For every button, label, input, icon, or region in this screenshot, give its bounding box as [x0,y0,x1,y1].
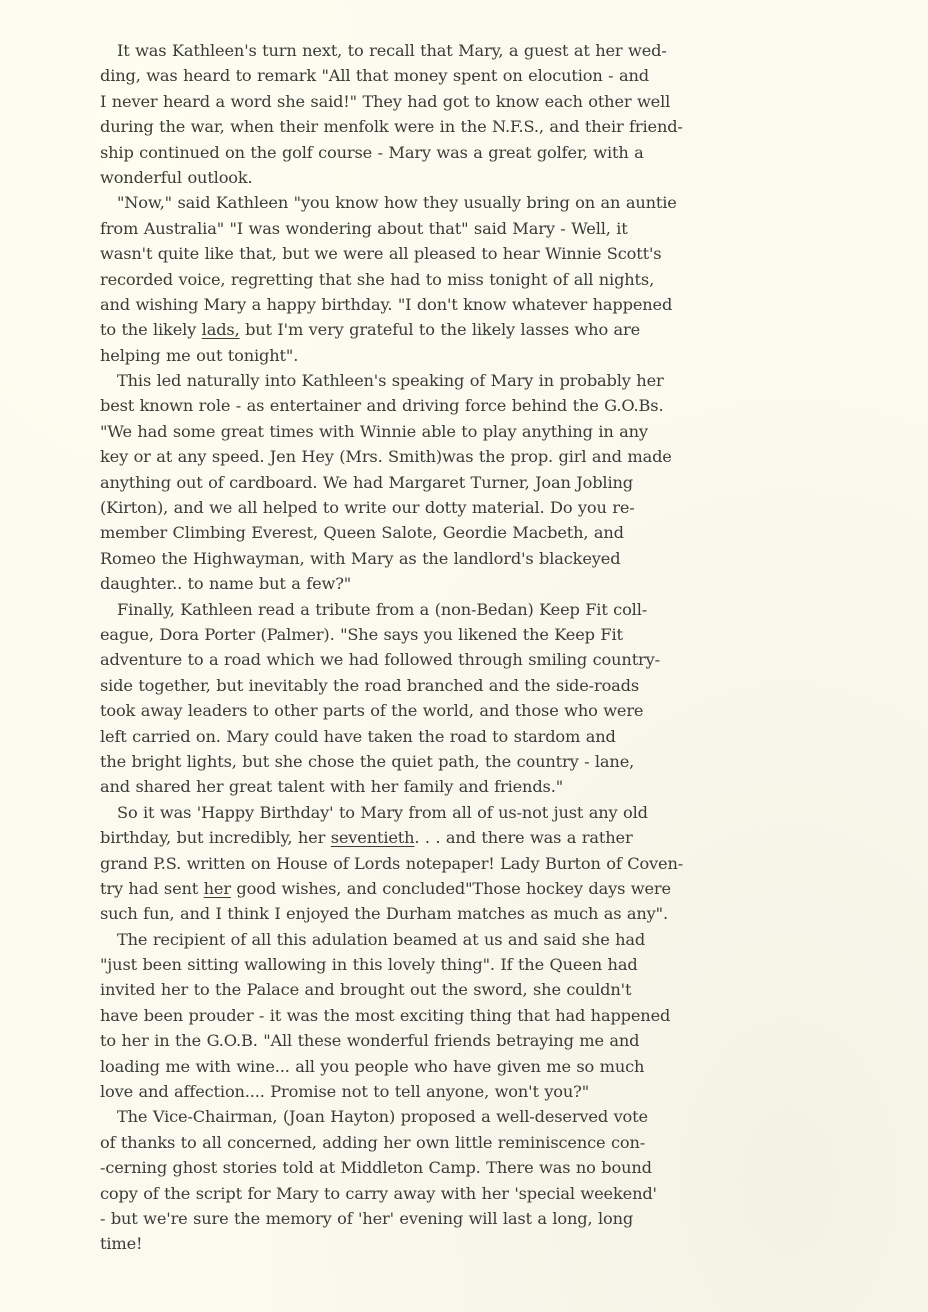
text-line: This led naturally into Kathleen's speak… [117,368,825,393]
text-line: invited her to the Palace and brought ou… [100,977,825,1002]
text-line: adventure to a road which we had followe… [100,647,825,672]
text-line: wasn't quite like that, but we were all … [100,241,825,266]
text-line-with-underline: to the likely lads, but I'm very gratefu… [100,317,825,342]
text-line: side together, but inevitably the road b… [100,673,825,698]
text-line: during the war, when their menfolk were … [100,114,825,139]
text-line: eague, Dora Porter (Palmer). "She says y… [100,622,825,647]
text-fragment: birthday, but incredibly, her [100,828,331,847]
text-fragment: try had sent [100,879,204,898]
text-line: "Now," said Kathleen "you know how they … [117,190,825,215]
text-line: -cerning ghost stories told at Middleton… [100,1155,825,1180]
text-line: (Kirton), and we all helped to write our… [100,495,825,520]
text-line: such fun, and I think I enjoyed the Durh… [100,901,825,926]
text-line: "just been sitting wallowing in this lov… [100,952,825,977]
text-line: recorded voice, regretting that she had … [100,267,825,292]
paragraph-recipient-adulation: The recipient of all this adulation beam… [100,927,825,1105]
text-line: left carried on. Mary could have taken t… [100,724,825,749]
text-fragment: to the likely [100,320,202,339]
text-line: and wishing Mary a happy birthday. "I do… [100,292,825,317]
paragraph-auntie-from-australia: "Now," said Kathleen "you know how they … [100,190,825,368]
text-line: love and affection.... Promise not to te… [100,1079,825,1104]
text-line: helping me out tonight". [100,343,825,368]
text-line: time! [100,1231,825,1256]
text-line: wonderful outlook. [100,165,825,190]
paragraph-kathleen-recall: It was Kathleen's turn next, to recall t… [100,38,825,190]
text-line: and shared her great talent with her fam… [100,774,825,799]
text-line-with-underline: try had sent her good wishes, and conclu… [100,876,825,901]
text-line: best known role - as entertainer and dri… [100,393,825,418]
text-fragment: . . . and there was a rather [414,828,632,847]
paragraph-vote-of-thanks: The Vice-Chairman, (Joan Hayton) propose… [100,1104,825,1256]
text-line-with-underline: birthday, but incredibly, her seventieth… [100,825,825,850]
text-line: daughter.. to name but a few?" [100,571,825,596]
text-line: member Climbing Everest, Queen Salote, G… [100,520,825,545]
text-line: the bright lights, but she chose the qui… [100,749,825,774]
text-line: loading me with wine... all you people w… [100,1054,825,1079]
underlined-word: her [204,879,231,898]
underlined-word: lads, [202,320,240,339]
paragraph-happy-birthday: So it was 'Happy Birthday' to Mary from … [100,800,825,927]
text-line: It was Kathleen's turn next, to recall t… [117,38,825,63]
text-line: So it was 'Happy Birthday' to Mary from … [117,800,825,825]
article-body: It was Kathleen's turn next, to recall t… [100,38,825,1257]
scanned-page: It was Kathleen's turn next, to recall t… [0,0,928,1312]
text-line: ship continued on the golf course - Mary… [100,140,825,165]
text-line: from Australia" "I was wondering about t… [100,216,825,241]
text-line: ding, was heard to remark "All that mone… [100,63,825,88]
text-fragment: good wishes, and concluded"Those hockey … [231,879,671,898]
text-line: Romeo the Highwayman, with Mary as the l… [100,546,825,571]
text-line: have been prouder - it was the most exci… [100,1003,825,1028]
underlined-word: seventieth [331,828,415,847]
text-line: I never heard a word she said!" They had… [100,89,825,114]
paragraph-gobs-entertainer: This led naturally into Kathleen's speak… [100,368,825,597]
text-line: grand P.S. written on House of Lords not… [100,851,825,876]
text-line: key or at any speed. Jen Hey (Mrs. Smith… [100,444,825,469]
text-line: The recipient of all this adulation beam… [117,927,825,952]
text-line: took away leaders to other parts of the … [100,698,825,723]
text-fragment: but I'm very grateful to the likely lass… [240,320,640,339]
text-line: Finally, Kathleen read a tribute from a … [117,597,825,622]
text-line: - but we're sure the memory of 'her' eve… [100,1206,825,1231]
text-line: The Vice-Chairman, (Joan Hayton) propose… [117,1104,825,1129]
text-line: "We had some great times with Winnie abl… [100,419,825,444]
text-line: to her in the G.O.B. "All these wonderfu… [100,1028,825,1053]
text-line: of thanks to all concerned, adding her o… [100,1130,825,1155]
text-line: copy of the script for Mary to carry awa… [100,1181,825,1206]
text-line: anything out of cardboard. We had Margar… [100,470,825,495]
paragraph-keep-fit-tribute: Finally, Kathleen read a tribute from a … [100,597,825,800]
